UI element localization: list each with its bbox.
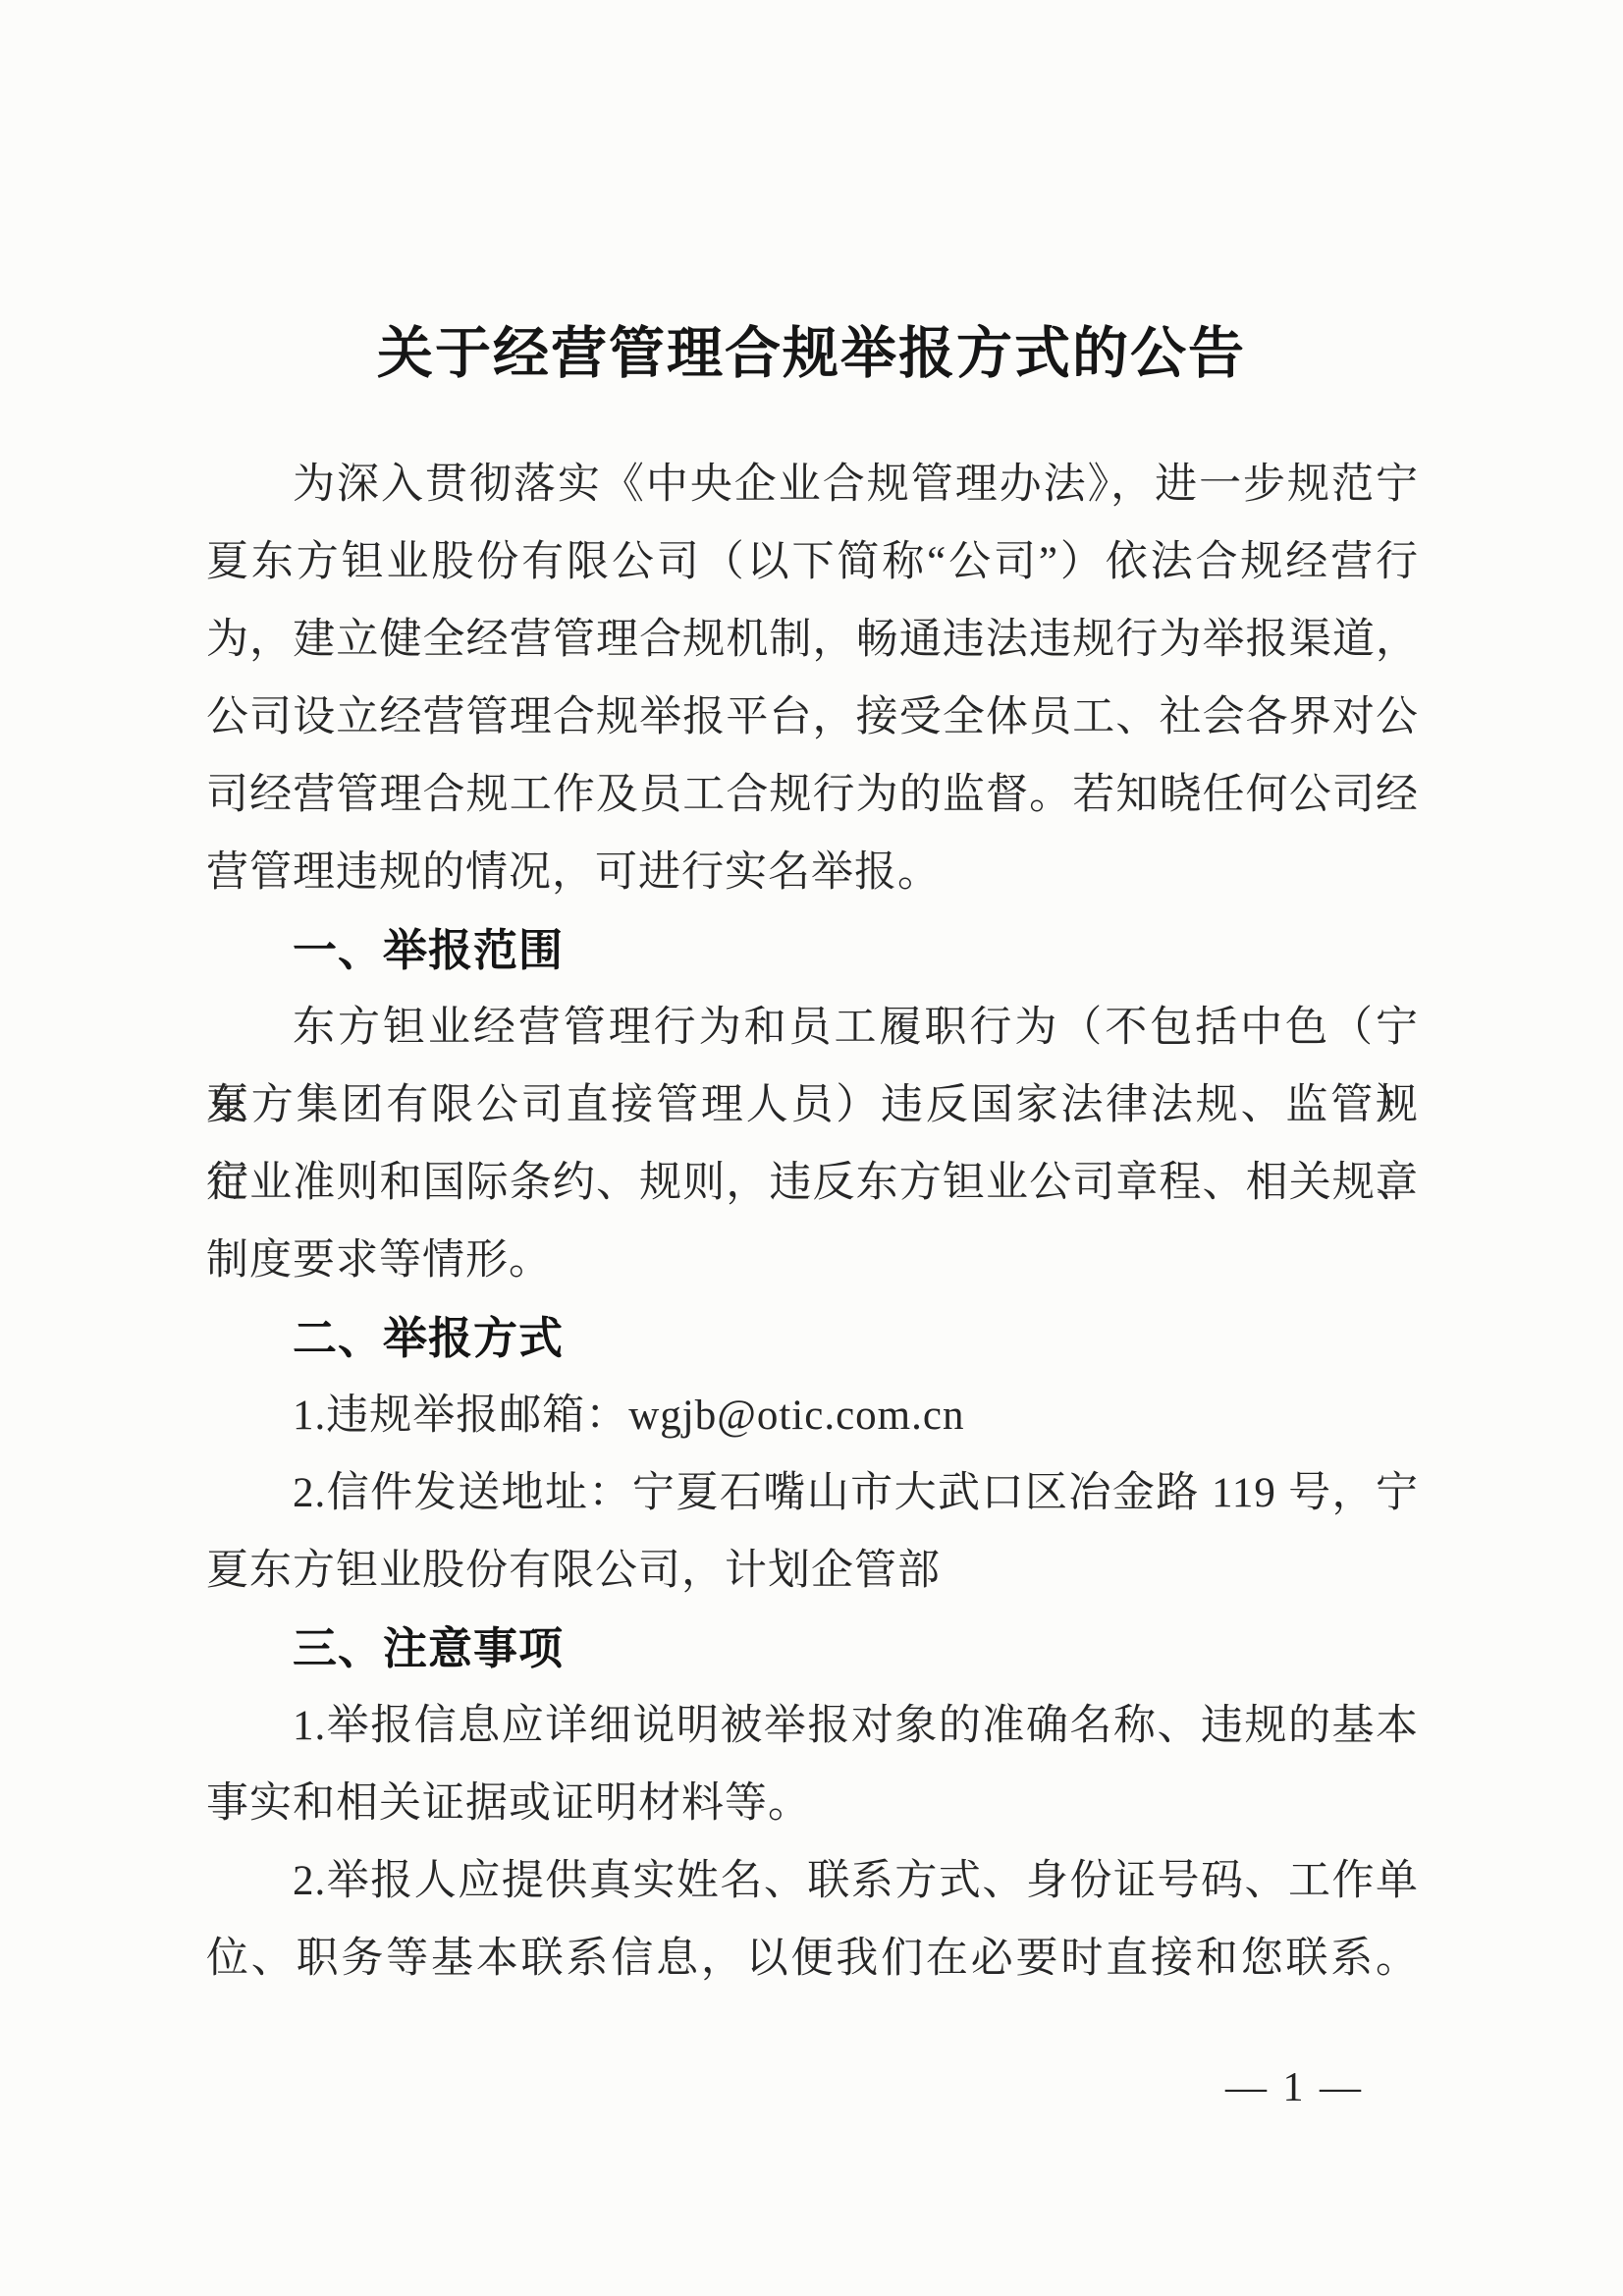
section-heading-notes: 三、注意事项 bbox=[206, 1610, 1419, 1687]
document-title: 关于经营管理合规举报方式的公告 bbox=[0, 310, 1623, 399]
body-line: 位、职务等基本联系信息，以便我们在必要时直接和您联系。 bbox=[206, 1920, 1419, 1997]
body-line: 东方钽业经营管理行为和员工履职行为（不包括中色（宁夏） bbox=[206, 989, 1419, 1066]
body-line: 为，建立健全经营管理合规机制，畅通违法违规行为举报渠道， bbox=[206, 601, 1419, 679]
body-line: 事实和相关证据或证明材料等。 bbox=[206, 1765, 1419, 1842]
body-line: 行业准则和国际条约、规则，违反东方钽业公司章程、相关规章 bbox=[206, 1144, 1419, 1222]
body-line: 2.举报人应提供真实姓名、联系方式、身份证号码、工作单 bbox=[206, 1842, 1419, 1920]
document-page: 关于经营管理合规举报方式的公告 为深入贯彻落实《中央企业合规管理办法》，进一步规… bbox=[0, 0, 1623, 2296]
section-heading-report-method: 二、举报方式 bbox=[206, 1299, 1419, 1377]
report-email-line: 1.违规举报邮箱：wgjb@otic.com.cn bbox=[206, 1377, 1419, 1454]
body-line: 制度要求等情形。 bbox=[206, 1222, 1419, 1299]
body-line: 1.举报信息应详细说明被举报对象的准确名称、违规的基本 bbox=[206, 1687, 1419, 1765]
body-line: 为深入贯彻落实《中央企业合规管理办法》，进一步规范宁 bbox=[206, 446, 1419, 523]
body-line: 2.信件发送地址：宁夏石嘴山市大武口区冶金路 119 号，宁 bbox=[206, 1454, 1419, 1532]
page-number: — 1 — bbox=[1225, 2060, 1364, 2115]
body-line: 营管理违规的情况，可进行实名举报。 bbox=[206, 834, 1419, 911]
body-line: 夏东方钽业股份有限公司，计划企管部 bbox=[206, 1532, 1419, 1610]
section-heading-report-scope: 一、举报范围 bbox=[206, 911, 1419, 989]
body-line: 夏东方钽业股份有限公司（以下简称“公司”）依法合规经营行 bbox=[206, 523, 1419, 601]
body-line: 东方集团有限公司直接管理人员）违反国家法律法规、监管规定、 bbox=[206, 1066, 1419, 1144]
document-body: 为深入贯彻落实《中央企业合规管理办法》，进一步规范宁 夏东方钽业股份有限公司（以… bbox=[206, 446, 1419, 1997]
body-line: 司经营管理合规工作及员工合规行为的监督。若知晓任何公司经 bbox=[206, 756, 1419, 834]
body-line: 公司设立经营管理合规举报平台，接受全体员工、社会各界对公 bbox=[206, 679, 1419, 756]
